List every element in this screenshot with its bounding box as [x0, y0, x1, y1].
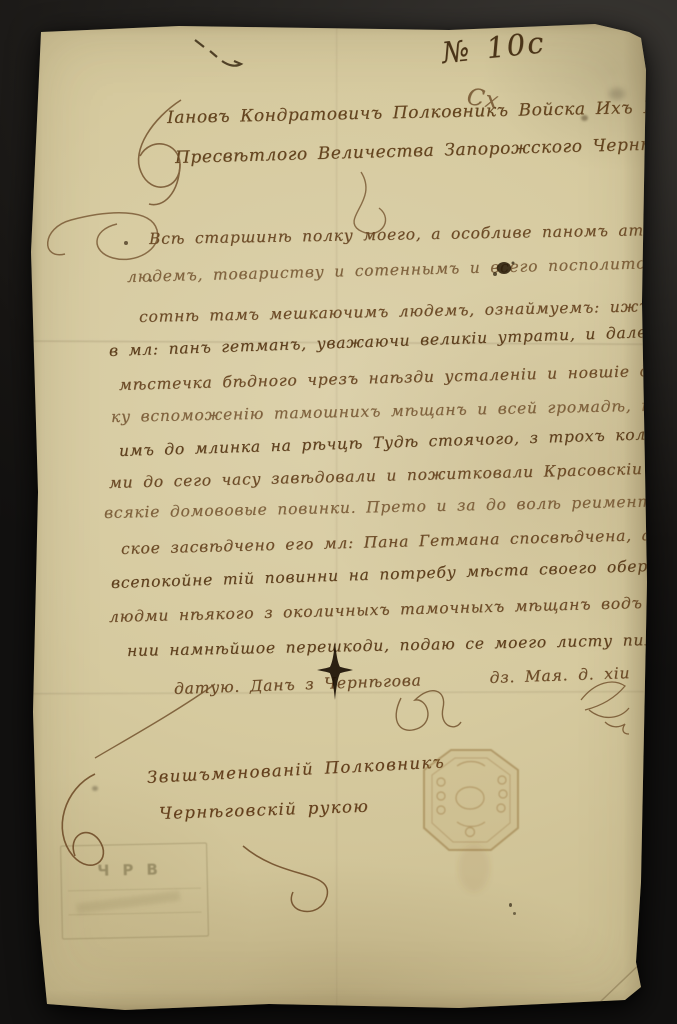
ink-blot	[29, 22, 35, 28]
body-line: ку вспоможенію тамошнихъ мѣщанъ и всей г…	[111, 396, 677, 426]
stamp-rule	[68, 888, 201, 892]
body-initial-flourish	[48, 213, 158, 260]
paper-sheet-wrap: № 10с Сх Іановъ Кондратовичъ Полковникъ …	[29, 22, 649, 1012]
date-middle-flourish	[396, 691, 461, 731]
body-line: нии намнѣйшое перешкоди, подаю се моего …	[127, 631, 676, 660]
stamp-smudge	[76, 891, 180, 914]
body-line: имъ до млинка на рѣчцѣ Тудѣ стоячого, з …	[119, 423, 677, 460]
stamp-letters: ЧРВ	[61, 859, 206, 880]
body-line: ское засвѣдчено его мл: Пана Гетмана спо…	[121, 525, 677, 558]
date-line-left: датую. Данъ з Чернѣгова	[174, 671, 422, 698]
archival-number-mark: № 10с	[440, 25, 547, 70]
body-line: в мл: панъ гетманъ, уважаючи великіи утр…	[109, 321, 677, 360]
body-line: людми нѣякого з околичныхъ тамочныхъ мѣщ…	[109, 593, 677, 626]
heading-line-2: Пресвѣтлого Величества Запорожского Черн…	[175, 133, 677, 168]
pen-trial-squiggle	[195, 40, 241, 66]
body-line: сотнѣ тамъ мешкаючимъ людемъ, ознаймуемъ…	[139, 294, 677, 326]
signature-line-1: Звишъменованій Полковникъ	[147, 752, 446, 787]
date-end-flourish	[581, 682, 629, 734]
archival-stamp: ЧРВ	[60, 842, 209, 939]
body-line: людемъ, товариству и сотеннымъ и всего п…	[127, 251, 677, 286]
grime-spot	[92, 786, 98, 791]
body-line: мѣстечка бѣдного чрезъ наѣзди усталеніи …	[119, 359, 677, 394]
date-line-gap	[422, 683, 490, 685]
body-line: всепокойне тій повинни на потребу мѣста …	[111, 554, 677, 592]
body-line: ми до сего часу завѣдовали и пожитковали…	[109, 457, 677, 492]
signature-line-2: Чернѣговскій рукою	[159, 797, 370, 823]
corner-fold-line	[599, 960, 644, 1003]
seal-inner-marks	[437, 762, 507, 837]
ink-spot	[509, 903, 512, 907]
ink-spot	[513, 912, 516, 915]
ink-spot	[124, 241, 128, 245]
heading-tail-flourish	[354, 172, 386, 233]
body-line: всякіе домововые повинки. Прето и за до …	[104, 492, 674, 522]
manuscript-photo: № 10с Сх Іановъ Кондратовичъ Полковникъ …	[0, 0, 677, 1024]
aged-paper-sheet: № 10с Сх Іановъ Кондратовичъ Полковникъ …	[29, 22, 649, 1012]
body-line: Всѣ старшинѣ полку моего, а особливе пан…	[149, 219, 677, 248]
heading-line-1: Іановъ Кондратовичъ Полковникъ Войска Их…	[167, 97, 670, 128]
date-line: датую. Данъ з Чернѣговадз. Мая. д. хіи	[174, 664, 631, 698]
seal-stain	[458, 844, 490, 892]
date-line-right: дз. Мая. д. хіи	[489, 664, 630, 687]
signature-tail-flourish	[243, 846, 327, 911]
